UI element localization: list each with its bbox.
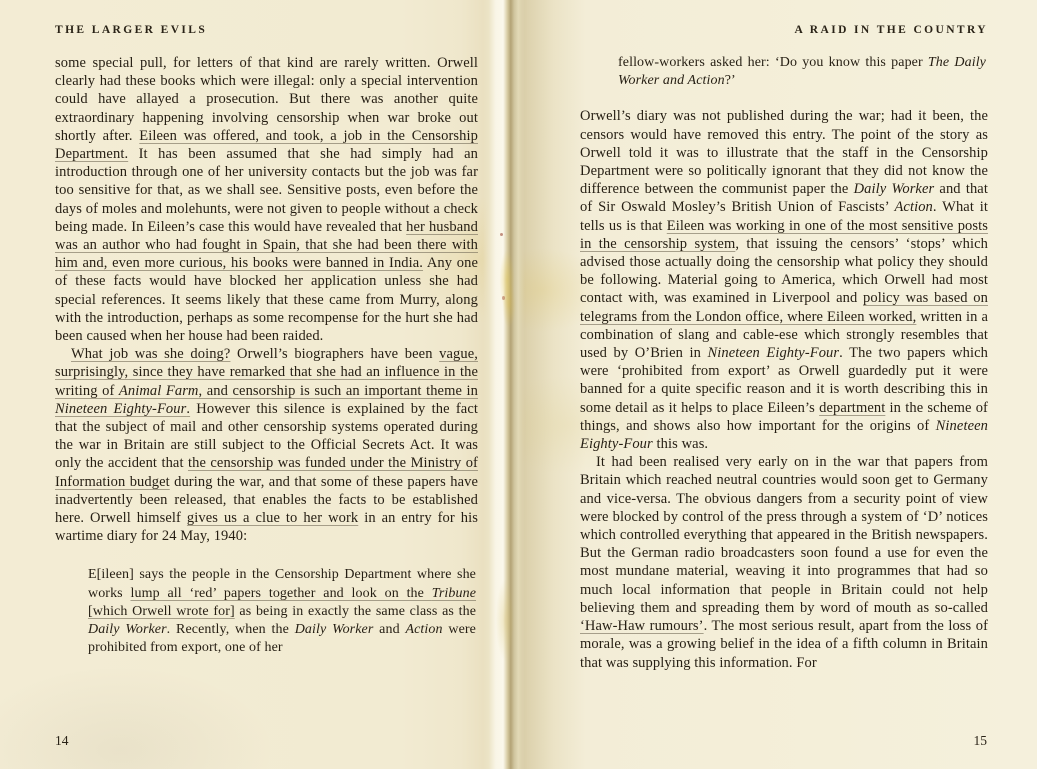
left-page-number: 14 [55,733,69,749]
book-spine-gutter [483,0,525,769]
italic-text: Action [405,622,442,637]
left-paragraph-2: What job was she doing? Orwell’s biograp… [55,345,478,545]
diary-blockquote-continuation: fellow-workers asked her: ‘Do you know t… [618,54,986,90]
text-segment: this was. [653,436,708,452]
left-page-body: some special pull, for letters of that k… [55,54,478,658]
text-segment: and [373,622,405,637]
italic-text: Daily Worker [854,181,935,197]
right-page-body: fellow-workers asked her: ‘Do you know t… [580,54,988,672]
italic-text: Tribune [432,586,476,601]
text-segment: ?’ [725,73,736,88]
italic-text: Nineteen Eighty-Four [708,345,840,361]
italic-text: Daily Worker [295,622,374,637]
pencil-underlined-text: lump all ‘red’ papers together and look … [131,586,432,601]
left-paragraph-1: some special pull, for letters of that k… [55,54,478,345]
italic-text: Nineteen Eighty-Four [55,401,186,417]
diary-blockquote: E[ileen] says the people in the Censorsh… [88,566,476,657]
right-paragraph-1: Orwell’s diary was not published during … [580,107,988,453]
right-page-number: 15 [974,733,988,749]
text-segment: . Recently, when the [167,622,295,637]
pencil-underlined-text: gives us a clue to her work [187,510,358,526]
left-page: THE LARGER EVILS some special pull, for … [0,0,512,769]
pencil-underlined-text: [which Orwell wrote for] [88,604,235,619]
pencil-underlined-text: ‘Haw-Haw rumours’ [580,618,704,634]
right-page: A RAID IN THE COUNTRY fellow-workers ask… [512,0,1037,769]
pencil-underlined-text: What job was she doing? [71,346,230,362]
italic-text: Animal Farm [119,383,199,399]
text-segment: as being in exactly the same class as th… [235,604,476,619]
right-running-head: A RAID IN THE COUNTRY [580,24,988,36]
paper-speck [502,296,505,300]
text-segment: fellow-workers asked her: ‘Do you know t… [618,55,928,70]
italic-text: Action [894,199,932,215]
pencil-underlined-text: , and censorship is such an important th… [199,383,478,399]
text-segment: It had been realised very early on in th… [580,454,988,616]
right-paragraph-2: It had been realised very early on in th… [580,453,988,671]
paper-speck [500,233,503,236]
left-running-head: THE LARGER EVILS [55,24,478,36]
pencil-underlined-text: department [819,400,885,416]
text-segment: Orwell’s biographers have been [230,346,439,362]
italic-text: Daily Worker [88,622,167,637]
